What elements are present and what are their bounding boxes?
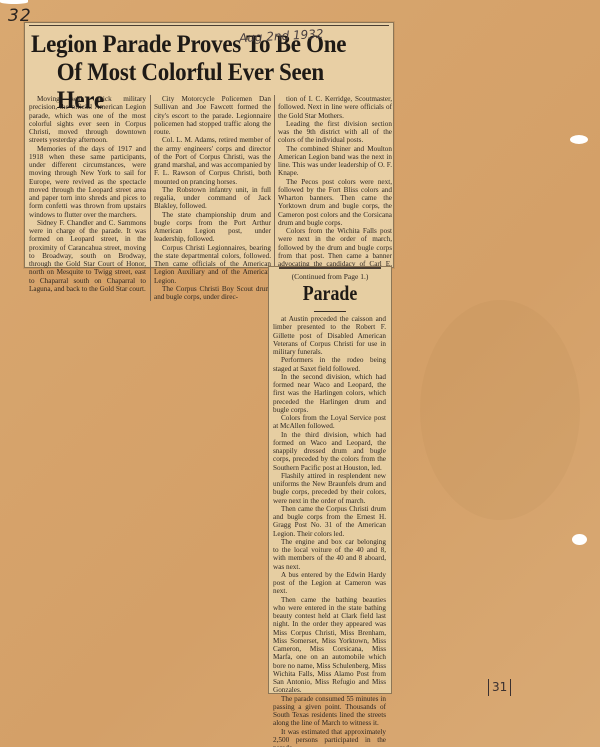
archive-number: 31 — [488, 679, 511, 696]
paragraph: Then came the Corpus Christi drum and bu… — [273, 505, 386, 538]
paragraph: tion of I. C. Kerridge, Scoutmaster, fol… — [278, 95, 392, 120]
title-divider — [314, 311, 346, 312]
paragraph: The Robstown infantry unit, in full rega… — [154, 186, 271, 211]
paragraph: Then came the bathing beauties who were … — [273, 596, 386, 695]
paragraph: It was estimated that approximately 2,50… — [273, 728, 386, 747]
paragraph: Memories of the days of 1917 and 1918 wh… — [29, 145, 146, 219]
paragraph: Colors from the Loyal Service post at Mc… — [273, 414, 386, 431]
paper-stain — [420, 300, 580, 520]
paragraph: In the third division, which had formed … — [273, 431, 386, 472]
paragraph: The state championship drum and bugle co… — [154, 211, 271, 244]
paragraph: Leading the first division section was t… — [278, 120, 392, 145]
paragraph: The parade consumed 55 minutes in passin… — [273, 695, 386, 728]
continuation-column: at Austin preceded the caisson and limbe… — [273, 315, 386, 747]
paragraph: Performers in the rodeo being staged at … — [273, 356, 386, 373]
binder-hole-top — [570, 135, 588, 144]
paragraph: Sidney F. Chandler and C. Sammons were i… — [29, 219, 146, 293]
paragraph: The Corpus Christi Boy Scout drum and bu… — [154, 285, 271, 302]
article-column-3: tion of I. C. Kerridge, Scoutmaster, fol… — [274, 95, 392, 285]
binder-hole-bottom — [572, 534, 587, 545]
paragraph: The engine and box car belonging to the … — [273, 538, 386, 571]
paragraph: Col. L. M. Adams, retired member of the … — [154, 136, 271, 186]
paragraph: at Austin preceded the caisson and limbe… — [273, 315, 386, 356]
top-rule — [29, 25, 389, 26]
paragraph: The combined Shiner and Moulton American… — [278, 145, 392, 178]
article-column-2: City Motorcycle Policemen Dan Sullivan a… — [150, 95, 271, 301]
paragraph: Flashily attired in resplendent new unif… — [273, 472, 386, 505]
article-column-1: Moving with quick military precision, th… — [29, 95, 146, 293]
paragraph: A bus entered by the Edwin Hardy post of… — [273, 571, 386, 596]
article-clipping: Legion Parade Proves To Be One Of Most C… — [24, 22, 394, 268]
paragraph: The Pecos post colors were next, followe… — [278, 178, 392, 228]
clipping-edge-rule — [279, 267, 381, 269]
paragraph: City Motorcycle Policemen Dan Sullivan a… — [154, 95, 271, 136]
paragraph: Corpus Christi Legionnaires, bearing the… — [154, 244, 271, 285]
continuation-title: Parade — [278, 281, 382, 306]
paragraph: In the second division, which had formed… — [273, 373, 386, 414]
paragraph: Moving with quick military precision, th… — [29, 95, 146, 145]
torn-edge — [0, 0, 28, 4]
continued-label: (Continued from Page 1.) — [269, 272, 391, 281]
continuation-clipping: (Continued from Page 1.) Parade at Austi… — [268, 266, 392, 694]
